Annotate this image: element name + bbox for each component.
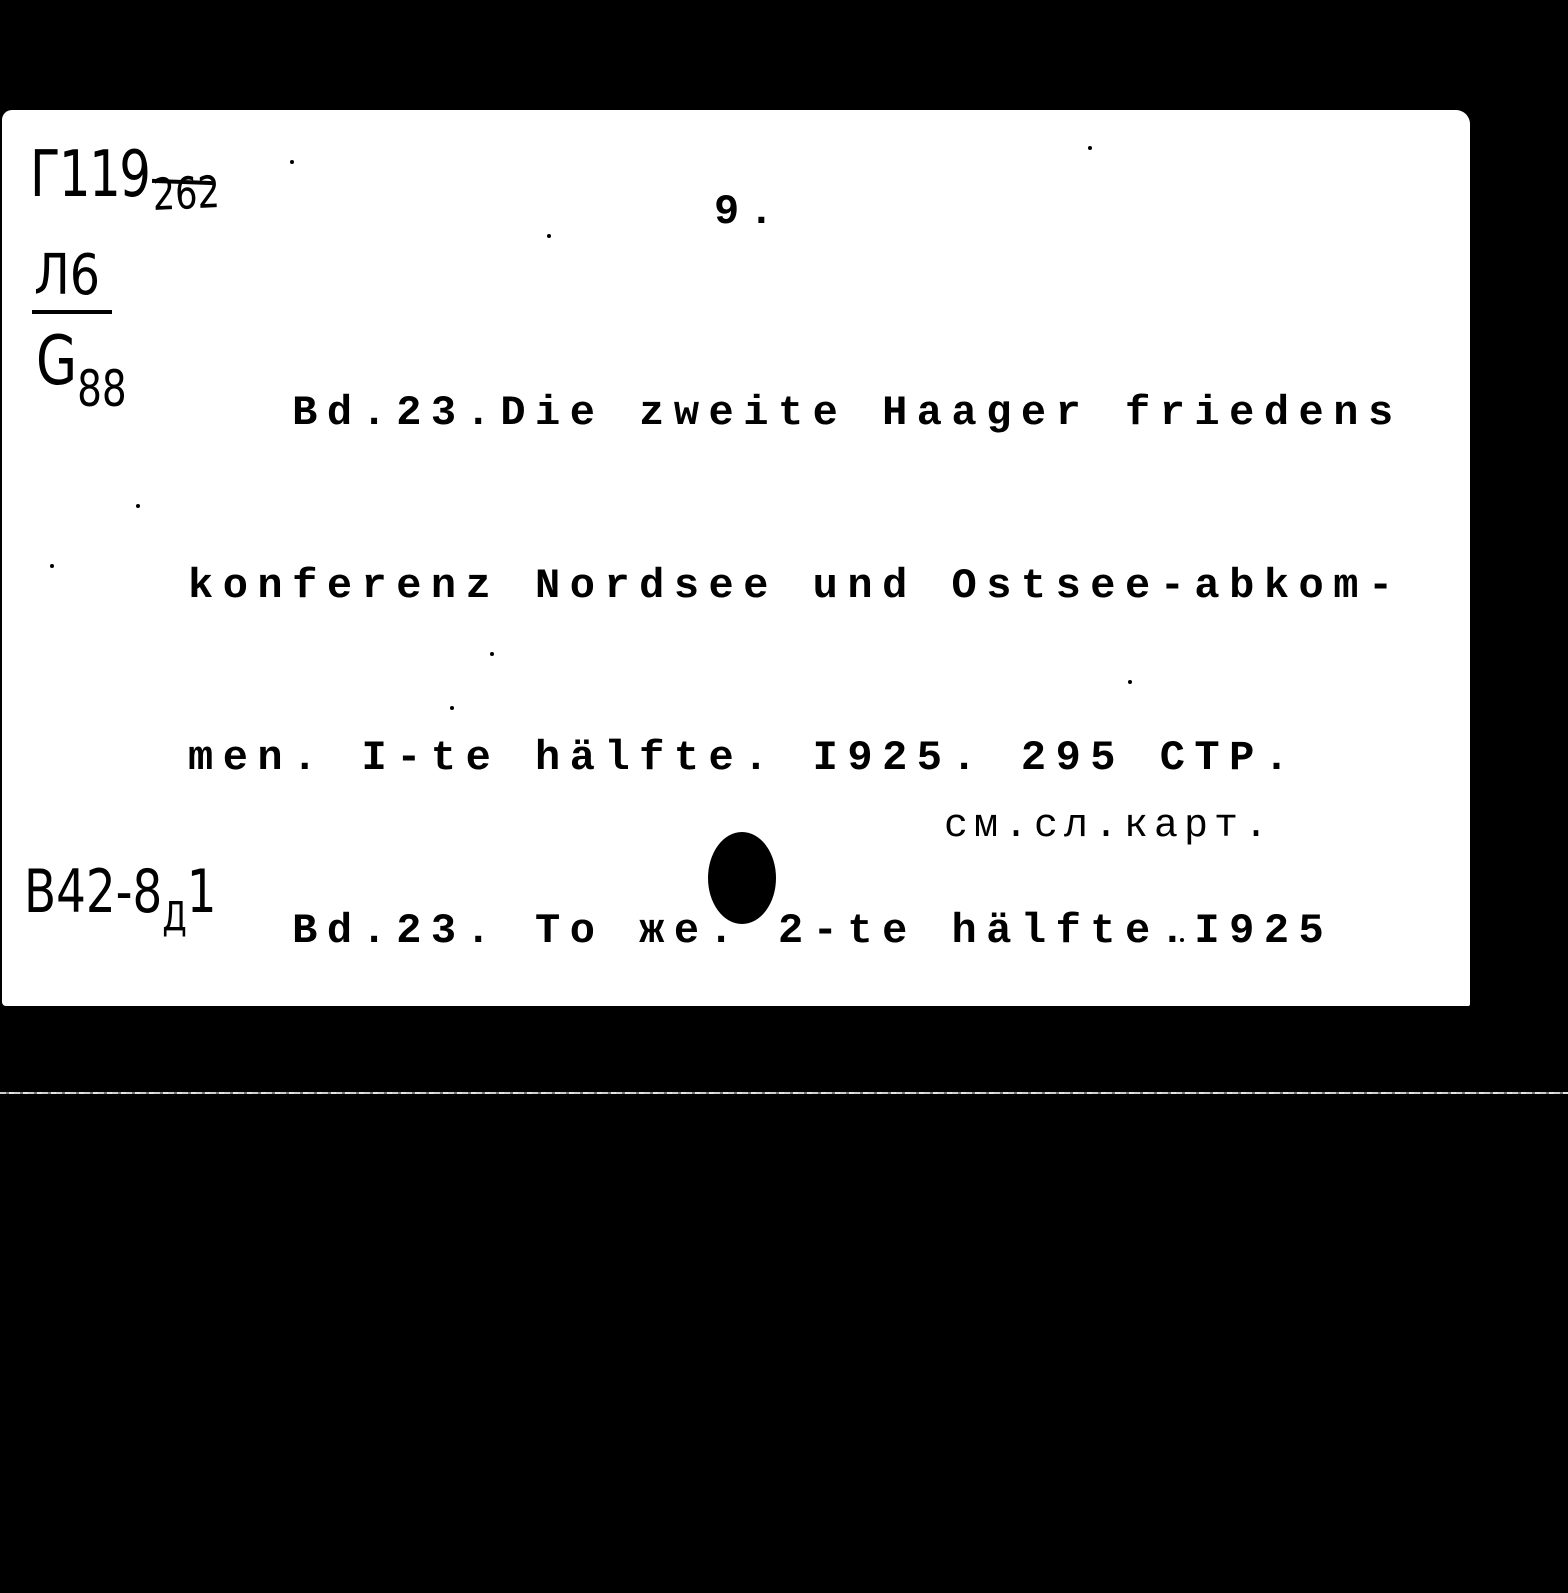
entry-line: konferenz Nordsee und Ostsee-abkom-	[188, 558, 1403, 616]
shelfmark-class-numerator: Л6	[34, 248, 100, 304]
card-body: Bd.23.Die zweite Haager friedens konfere…	[188, 270, 1403, 1120]
speck	[450, 706, 454, 710]
class-underline	[32, 310, 112, 314]
shelfmark-class: G88	[36, 328, 127, 414]
speck	[290, 160, 294, 164]
scanner-edge-line	[0, 1092, 1568, 1094]
shelfmark-bottom-main: В42-8	[24, 857, 162, 927]
entry-line: CTP.299- 568.	[188, 1075, 1403, 1120]
card-number: 9.	[714, 184, 783, 242]
speck	[1128, 680, 1132, 684]
shelfmark-bottom: В42-8Д1	[24, 862, 216, 937]
shelfmark-top: Г119	[30, 138, 149, 212]
shelfmark-bottom-suffix: 1	[187, 857, 217, 927]
entry-line: Bd.23. To же. 2-te hälfte.I925	[188, 903, 1403, 961]
entry-line: men. I-te hälfte. I925. 295 CTP.	[188, 730, 1403, 788]
shelfmark-denominator: 262	[152, 167, 220, 218]
speck	[547, 234, 551, 238]
punch-hole	[708, 832, 776, 924]
speck	[1088, 146, 1092, 150]
speck	[50, 564, 54, 568]
catalog-card: Г119 262 Л6 G88 9. Bd.23.Die zweite Haag…	[2, 110, 1470, 1006]
shelfmark-class-letter: G	[36, 322, 77, 401]
speck	[1180, 938, 1184, 942]
shelfmark-class-subscript: 88	[77, 360, 127, 418]
entry-line: Bd.23.Die zweite Haager friedens	[188, 385, 1403, 443]
see-next-card-note: см.сл.карт.	[944, 798, 1274, 856]
speck	[136, 504, 140, 508]
shelfmark-bottom-subscript: Д	[162, 894, 186, 940]
speck	[490, 652, 494, 656]
